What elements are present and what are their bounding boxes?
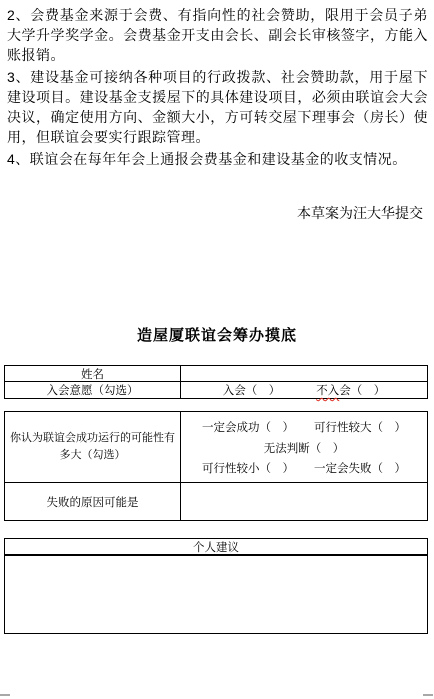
option-unsure: 无法判断（ ） [264, 440, 345, 456]
page-boundary-mark-right [423, 694, 433, 696]
suggestion-header-cell: 个人建议 [5, 539, 427, 554]
option-sure-fail: 一定会失败（ ） [314, 460, 406, 476]
table-row: 入会意愿（勾选） 入会（ ） 不入会（ ） [5, 381, 427, 398]
possibility-options-cell[interactable]: 一定会成功（ ） 可行性较大（ ） 无法判断（ ） 可行性较小（ ） 一定会失败… [181, 412, 427, 482]
option-join: 入会（ ） [223, 382, 281, 398]
option-likely: 可行性较大（ ） [314, 419, 406, 435]
table-row: 失败的原因可能是 [5, 482, 427, 520]
table-row [5, 555, 427, 633]
table-row: 个人建议 [5, 539, 427, 555]
bylaw-paragraph-4: 4、联谊会在每年年会上通报会费基金和建设基金的收支情况。 [7, 149, 428, 169]
form-title: 造屋厦联谊会筹办摸底 [0, 326, 434, 346]
willingness-label-cell: 入会意愿（勾选） [5, 382, 181, 398]
possibility-table: 你认为联谊会成功运行的可能性有多大（勾选） 一定会成功（ ） 可行性较大（ ） … [4, 411, 428, 521]
failure-reason-label-cell: 失败的原因可能是 [5, 483, 181, 520]
spellcheck-underline: 不入 [316, 385, 339, 397]
option-sure-success: 一定会成功（ ） [202, 419, 294, 435]
option-not-join: 不入会（ ） [316, 382, 385, 398]
submitter-note: 本草案为汪大华提交 [7, 203, 428, 223]
failure-reason-input-cell[interactable] [181, 483, 427, 520]
options-line-2: 无法判断（ ） [264, 440, 345, 456]
option-unlikely: 可行性较小（ ） [202, 460, 294, 476]
willingness-options-cell[interactable]: 入会（ ） 不入会（ ） [181, 382, 427, 398]
member-info-table: 姓名 入会意愿（勾选） 入会（ ） 不入会（ ） [4, 365, 428, 399]
willingness-options: 入会（ ） 不入会（ ） [181, 382, 427, 398]
suggestion-input-cell[interactable] [5, 556, 427, 633]
name-label-cell: 姓名 [5, 366, 181, 381]
bylaw-text-section: 2、会费基金来源于会费、有指向性的社会赞助，限用于会员子弟大学升学奖学金。会费基… [0, 0, 434, 223]
bylaw-paragraph-2: 2、会费基金来源于会费、有指向性的社会赞助，限用于会员子弟大学升学奖学金。会费基… [7, 5, 428, 65]
table-row: 姓名 [5, 366, 427, 381]
bylaw-paragraph-3: 3、建设基金可接纳各种项目的行政拨款、社会赞助款，用于屋下建设项目。建设基金支援… [7, 67, 428, 147]
suggestion-table: 个人建议 [4, 538, 428, 634]
table-row: 你认为联谊会成功运行的可能性有多大（勾选） 一定会成功（ ） 可行性较大（ ） … [5, 412, 427, 482]
options-line-3: 可行性较小（ ） 一定会失败（ ） [202, 460, 406, 476]
name-input-cell[interactable] [181, 366, 427, 381]
options-line-1: 一定会成功（ ） 可行性较大（ ） [202, 419, 406, 435]
possibility-question-cell: 你认为联谊会成功运行的可能性有多大（勾选） [5, 412, 181, 482]
page-boundary-mark-left [0, 694, 10, 696]
